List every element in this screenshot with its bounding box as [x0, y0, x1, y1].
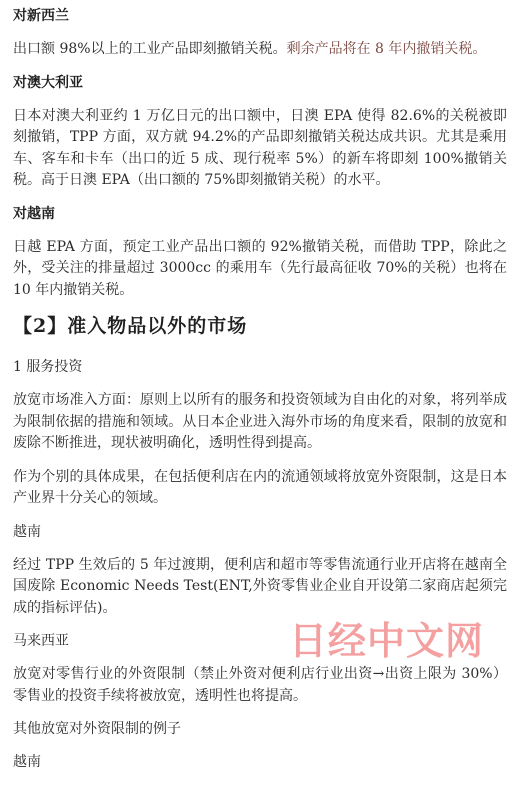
para-vietnam-retail: 经过 TPP 生效后的 5 年过渡期，便利店和超市等零售流通行业开店将在越南全国… — [13, 555, 507, 620]
para-malaysia-retail: 放宽对零售行业的外资限制（禁止外资对便利店行业出资→出资上限为 30%）零售业的… — [13, 664, 507, 707]
heading-new-zealand: 对新西兰 — [13, 6, 507, 27]
heading-australia: 对澳大利亚 — [13, 73, 507, 94]
para-market-access: 放宽市场准入方面：原则上以所有的服务和投资领域为自由化的对象，将列举成为限制依据… — [13, 390, 507, 455]
subheading-other-examples: 其他放宽对外资限制的例子 — [13, 719, 507, 740]
subheading-service-investment: 1 服务投资 — [13, 357, 507, 378]
para-australia: 日本对澳大利亚约 1 万亿日元的出口额中，日澳 EPA 使得 82.6%的关税被… — [13, 106, 507, 192]
para-concrete-results: 作为个别的具体成果，在包括便利店在内的流通领域将放宽外资限制，这是日本产业界十分… — [13, 467, 507, 510]
para-new-zealand-emphasis: 剩余产品将在 8 年内撤销关税。 — [287, 41, 487, 57]
para-vietnam: 日越 EPA 方面，预定工业产品出口额的 92%撤销关税，而借助 TPP，除此之… — [13, 237, 507, 302]
heading-section-2: 【2】准入物品以外的市场 — [13, 313, 507, 339]
heading-vietnam: 对越南 — [13, 204, 507, 225]
subheading-vietnam-3: 越南 — [13, 752, 507, 773]
para-new-zealand: 出口额 98%以上的工业产品即刻撤销关税。剩余产品将在 8 年内撤销关税。 — [13, 39, 507, 61]
subheading-vietnam-2: 越南 — [13, 522, 507, 543]
article-content: 对新西兰 出口额 98%以上的工业产品即刻撤销关税。剩余产品将在 8 年内撤销关… — [13, 6, 507, 773]
subheading-malaysia: 马来西亚 — [13, 631, 507, 652]
article-page: 日经中文网 对新西兰 出口额 98%以上的工业产品即刻撤销关税。剩余产品将在 8… — [0, 0, 521, 790]
para-new-zealand-text: 出口额 98%以上的工业产品即刻撤销关税。 — [13, 41, 287, 57]
